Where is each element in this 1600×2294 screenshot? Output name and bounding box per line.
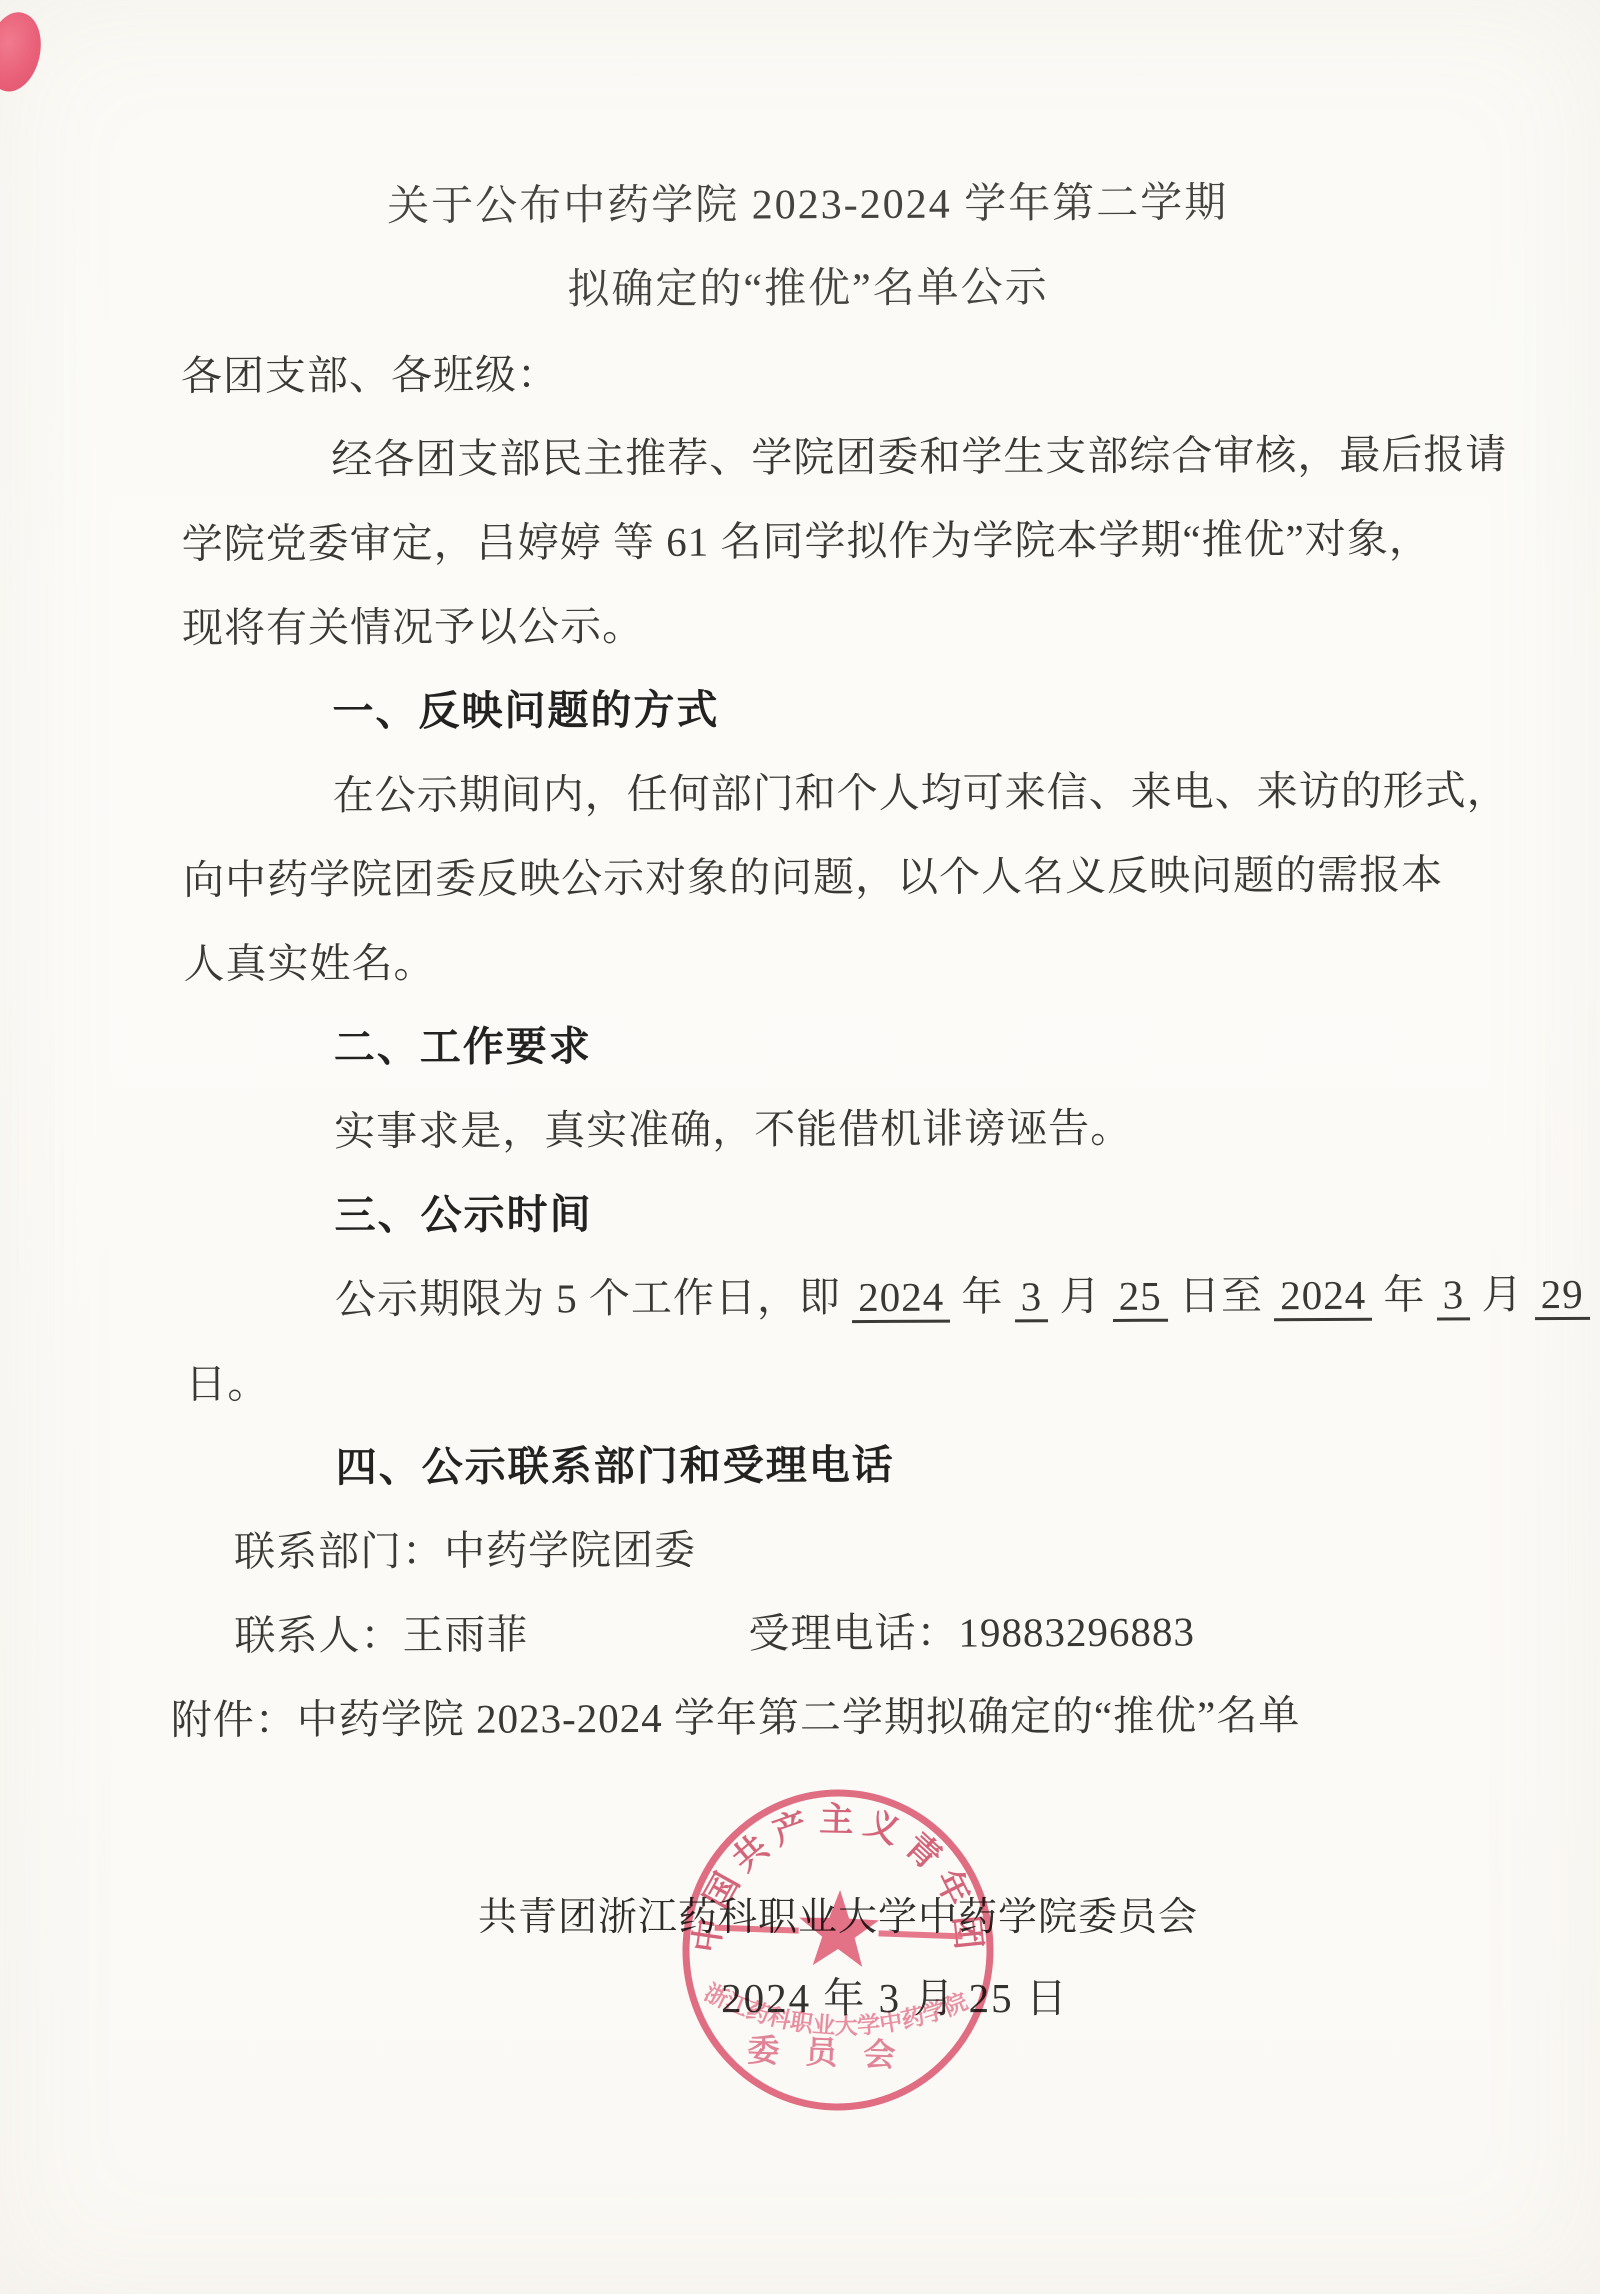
- contact-phone: 受理电话：19883296883: [748, 1590, 1195, 1676]
- section-3-heading: 三、公示时间: [184, 1169, 1439, 1258]
- period-text: 年: [1372, 1272, 1437, 1318]
- scanned-notice-page: 关于公布中药学院 2023-2024 学年第二学期 拟确定的“推优”名单公示 各…: [0, 0, 1600, 2294]
- svg-text:浙江药科职业大学中药学院: 浙江药科职业大学中药学院: [699, 1979, 972, 2044]
- intro-line-2: 学院党委审定，吕婷婷 等 61 名同学拟作为学院本学期“推优”对象，: [181, 497, 1436, 586]
- start-day-underlined: 25: [1113, 1273, 1168, 1322]
- seal-arc-bottom-text: 浙江药科职业大学中药学院: [699, 1979, 972, 2044]
- end-day-underlined: 29: [1535, 1271, 1590, 1320]
- period-text: 日至: [1168, 1272, 1275, 1318]
- section-1-line-3: 人真实姓名。: [183, 917, 1438, 1006]
- salutation: 各团支部、各班级：: [181, 329, 1436, 418]
- publicity-period-tail: 日。: [185, 1337, 1440, 1426]
- start-month-underlined: 3: [1015, 1273, 1049, 1322]
- section-1-line-2: 向中药学院团委反映公示对象的问题，以个人名义反映问题的需报本: [183, 833, 1438, 922]
- section-1-heading: 一、反映问题的方式: [182, 665, 1437, 754]
- section-1-line-1: 在公示期间内，任何部门和个人均可来信、来电、来访的形式，: [183, 749, 1438, 838]
- seal-left-bar: [715, 1928, 799, 1931]
- section-2-heading: 二、工作要求: [184, 1001, 1439, 1090]
- contact-department-line: 联系部门：中药学院团委: [186, 1505, 1441, 1594]
- period-text: 年: [950, 1273, 1015, 1319]
- end-month-underlined: 3: [1437, 1271, 1471, 1320]
- contact-person-line: 联系人：王雨菲 受理电话：19883296883: [186, 1589, 1441, 1678]
- title-line-2: 拟确定的“推优”名单公示: [180, 245, 1435, 334]
- intro-line-3: 现将有关情况予以公示。: [182, 581, 1437, 670]
- start-year-underlined: 2024: [852, 1274, 950, 1323]
- title-line-1: 关于公布中药学院 2023-2024 学年第二学期: [180, 161, 1435, 250]
- official-seal: 中国共产主义青年团 浙江药科职业大学中药学院 委员会: [658, 1770, 1018, 2130]
- document-body: 关于公布中药学院 2023-2024 学年第二学期 拟确定的“推优”名单公示 各…: [180, 161, 1442, 1762]
- period-text: 月: [1048, 1273, 1113, 1319]
- star-icon: [798, 1889, 880, 1968]
- seal-right-bar: [879, 1933, 963, 1936]
- section-2-line-1: 实事求是，真实准确，不能借机诽谤诬告。: [184, 1085, 1439, 1174]
- end-year-underlined: 2024: [1274, 1272, 1372, 1321]
- seal-bottom-text: 委员会: [747, 2032, 922, 2074]
- period-text: 月: [1470, 1271, 1535, 1317]
- attachment-line: 附件：中药学院 2023-2024 学年第二学期拟确定的“推优”名单: [171, 1673, 1442, 1763]
- section-4-heading: 四、公示联系部门和受理电话: [185, 1421, 1440, 1510]
- stamp-residue-mark: [0, 6, 50, 97]
- publicity-period-line: 公示期限为 5 个工作日，即 2024 年 3 月 25 日至 2024 年 3…: [185, 1253, 1440, 1342]
- contact-person: 联系人：王雨菲: [234, 1611, 528, 1658]
- intro-line-1: 经各团支部民主推荐、学院团委和学生支部综合审核，最后报请: [181, 413, 1436, 502]
- period-text: 公示期限为 5 个工作日，即: [335, 1274, 852, 1322]
